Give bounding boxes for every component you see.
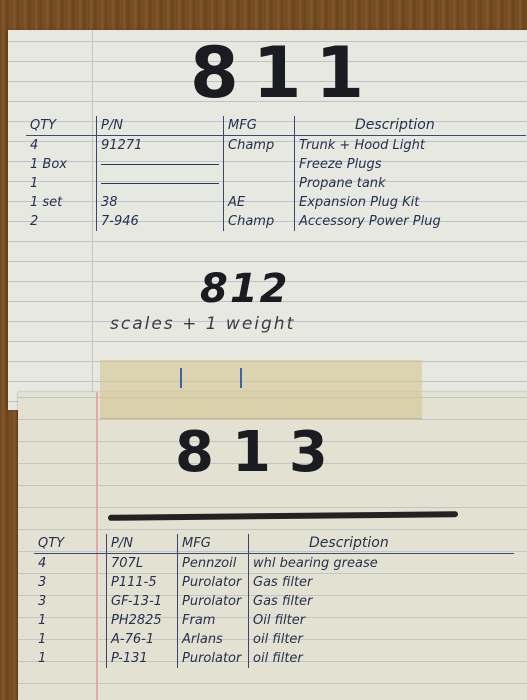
description-cell: oil filter — [249, 649, 515, 668]
mfg-cell — [224, 155, 295, 174]
pn-cell: 91271 — [97, 136, 224, 156]
qty-cell: 4 — [34, 554, 107, 574]
section-heading-813: 813 — [175, 420, 346, 485]
table-header-row: QTY P/N MFG Description — [26, 116, 526, 136]
pn-cell: 7-946 — [97, 212, 224, 231]
qty-cell: 2 — [26, 212, 97, 231]
qty-cell: 1 — [34, 630, 107, 649]
table-row: 1 set 38 AE Expansion Plug Kit — [26, 193, 526, 212]
col-description: Description — [295, 116, 527, 136]
pn-cell: PH2825 — [107, 611, 178, 630]
col-description: Description — [249, 534, 515, 554]
table-row: 3 GF-13-1 Purolator Gas filter — [34, 592, 514, 611]
table-row: 4 707L Pennzoil whl bearing grease — [34, 554, 514, 574]
pn-cell: 707L — [107, 554, 178, 574]
mfg-cell: Purolator — [178, 573, 249, 592]
mfg-cell: Champ — [224, 136, 295, 156]
parts-table-811: QTY P/N MFG Description 4 91271 Champ Tr… — [26, 116, 526, 231]
mfg-cell — [224, 174, 295, 193]
table-row: 4 91271 Champ Trunk + Hood Light — [26, 136, 526, 156]
pn-cell: GF-13-1 — [107, 592, 178, 611]
table-row: 1 Box Freeze Plugs — [26, 155, 526, 174]
dash-line — [101, 183, 219, 184]
column-line-mark — [180, 368, 182, 388]
mfg-cell: Pennzoil — [178, 554, 249, 574]
col-mfg: MFG — [224, 116, 295, 136]
column-line-mark — [240, 368, 242, 388]
qty-cell: 1 set — [26, 193, 97, 212]
mfg-cell: AE — [224, 193, 295, 212]
col-mfg: MFG — [178, 534, 249, 554]
qty-cell: 3 — [34, 592, 107, 611]
col-pn: P/N — [97, 116, 224, 136]
description-cell: Gas filter — [249, 573, 515, 592]
col-qty: QTY — [34, 534, 107, 554]
mfg-cell: Fram — [178, 611, 249, 630]
mfg-cell: Purolator — [178, 592, 249, 611]
pn-cell-dashed — [97, 155, 224, 174]
description-cell: Freeze Plugs — [295, 155, 527, 174]
mfg-cell: Arlans — [178, 630, 249, 649]
description-cell: Trunk + Hood Light — [295, 136, 527, 156]
table-row: 2 7-946 Champ Accessory Power Plug — [26, 212, 526, 231]
parts-table-813: QTY P/N MFG Description 4 707L Pennzoil … — [34, 534, 514, 668]
pn-cell: P111-5 — [107, 573, 178, 592]
qty-cell: 1 — [34, 649, 107, 668]
masking-tape — [100, 360, 422, 419]
qty-cell: 1 — [26, 174, 97, 193]
description-cell: whl bearing grease — [249, 554, 515, 574]
dash-line — [101, 164, 219, 165]
table-row: 1 P-131 Purolator oil filter — [34, 649, 514, 668]
col-pn: P/N — [107, 534, 178, 554]
table-row: 1 A-76-1 Arlans oil filter — [34, 630, 514, 649]
qty-cell: 1 — [34, 611, 107, 630]
table-row: 3 P111-5 Purolator Gas filter — [34, 573, 514, 592]
note-812: scales + 1 weight — [110, 314, 295, 334]
table-header-row: QTY P/N MFG Description — [34, 534, 514, 554]
description-cell: oil filter — [249, 630, 515, 649]
pn-cell: A-76-1 — [107, 630, 178, 649]
pn-cell-dashed — [97, 174, 224, 193]
qty-cell: 3 — [34, 573, 107, 592]
description-cell: Gas filter — [249, 592, 515, 611]
pn-cell: 38 — [97, 193, 224, 212]
col-qty: QTY — [26, 116, 97, 136]
description-cell: Accessory Power Plug — [295, 212, 527, 231]
table-row: 1 PH2825 Fram Oil filter — [34, 611, 514, 630]
description-cell: Expansion Plug Kit — [295, 193, 527, 212]
description-cell: Propane tank — [295, 174, 527, 193]
section-heading-812: 812 — [200, 266, 290, 312]
description-cell: Oil filter — [249, 611, 515, 630]
pn-cell: P-131 — [107, 649, 178, 668]
table-row: 1 Propane tank — [26, 174, 526, 193]
section-heading-811: 811 — [190, 32, 378, 114]
qty-cell: 4 — [26, 136, 97, 156]
mfg-cell: Champ — [224, 212, 295, 231]
qty-cell: 1 Box — [26, 155, 97, 174]
mfg-cell: Purolator — [178, 649, 249, 668]
